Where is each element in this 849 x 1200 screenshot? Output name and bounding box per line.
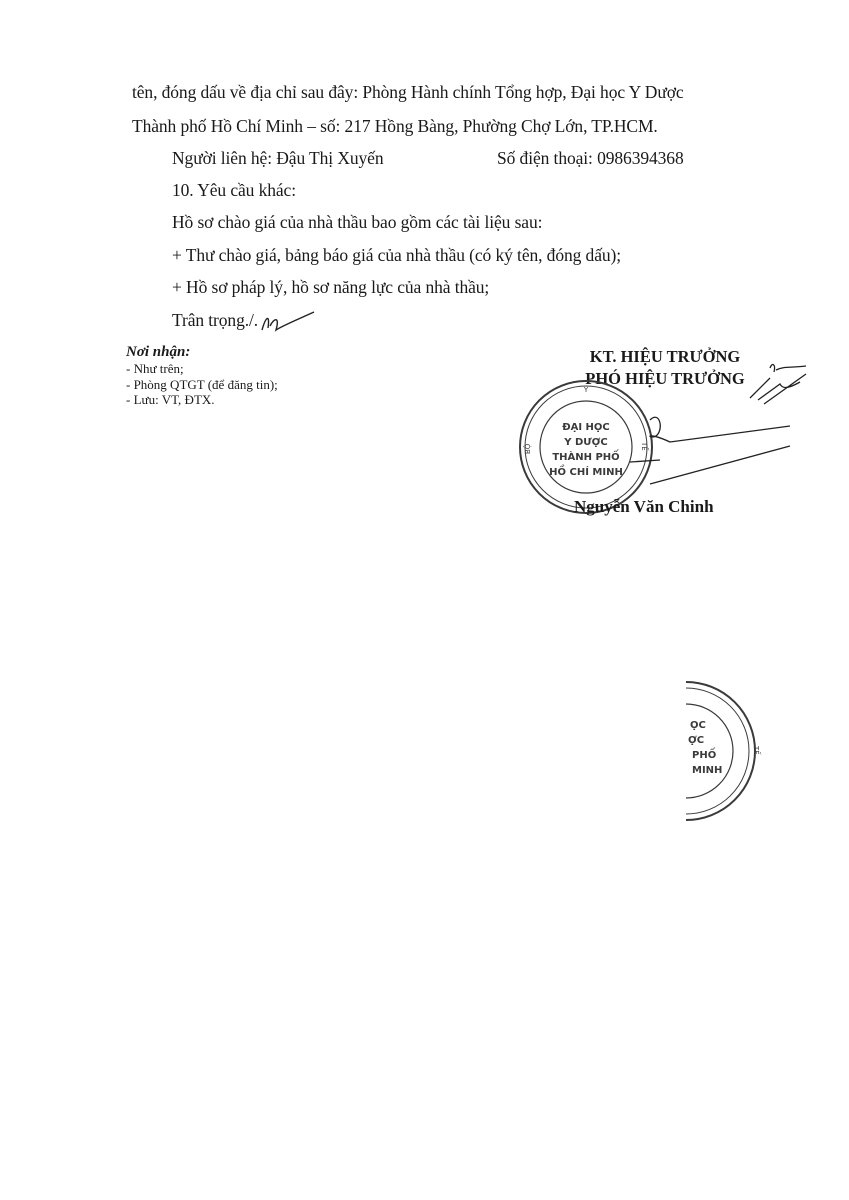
signer-name: Nguyễn Văn Chinh [574, 497, 714, 517]
svg-text:MINH: MINH [692, 765, 722, 776]
section-10-heading: 10. Yêu cầu khác: [172, 180, 296, 201]
doc-item-2: + Hồ sơ pháp lý, hồ sơ năng lực của nhà … [172, 277, 489, 298]
svg-text:ĐẠI HỌC: ĐẠI HỌC [562, 422, 610, 433]
closing-line: Trân trọng./. [172, 310, 258, 331]
recipients-block: Nơi nhận: - Như trên; - Phòng QTGT (để đ… [126, 344, 278, 408]
doc-item-1: + Thư chào giá, bảng báo giá của nhà thầ… [172, 245, 621, 266]
contact-person: Người liên hệ: Đậu Thị Xuyến [172, 148, 383, 169]
contact-phone: Số điện thoại: 0986394368 [497, 148, 684, 169]
svg-text:HỒ CHÍ MINH: HỒ CHÍ MINH [549, 463, 623, 478]
svg-text:PHỐ: PHỐ [692, 746, 716, 761]
svg-text:BỘ: BỘ [523, 443, 532, 454]
recipient-item: - Lưu: VT, ĐTX. [126, 392, 278, 408]
recipient-item: - Phòng QTGT (để đăng tin); [126, 377, 278, 393]
handwritten-signature-icon [630, 360, 810, 510]
svg-text:THÀNH PHỐ: THÀNH PHỐ [552, 448, 619, 463]
recipient-item: - Như trên; [126, 361, 278, 377]
partial-stamp-icon: TẾ ỌC ỢC PHỐ MINH [676, 676, 766, 826]
recipients-title: Nơi nhận: [126, 344, 278, 361]
svg-text:Y: Y [583, 386, 589, 394]
docs-intro: Hồ sơ chào giá của nhà thầu bao gồm các … [172, 212, 542, 233]
body-line-address-2: Thành phố Hồ Chí Minh – số: 217 Hồng Bàn… [132, 116, 658, 137]
svg-text:ỌC: ỌC [690, 720, 706, 731]
svg-text:ỢC: ỢC [688, 735, 704, 746]
svg-text:TẾ: TẾ [752, 745, 762, 755]
initial-signature-icon [258, 308, 318, 336]
body-line-address-1: tên, đóng dấu về địa chỉ sau đây: Phòng … [132, 82, 684, 103]
svg-text:Y DƯỢC: Y DƯỢC [563, 437, 607, 448]
